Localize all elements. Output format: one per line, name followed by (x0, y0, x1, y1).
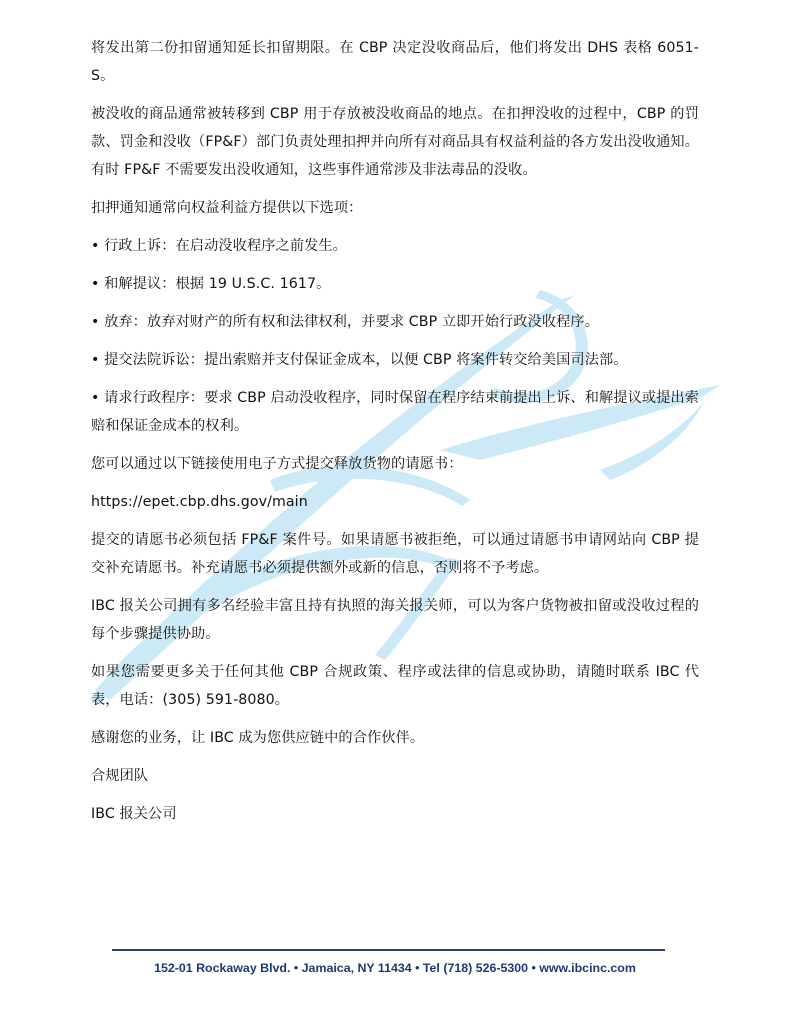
paragraph-detention-notice: 将发出第二份扣留通知延长扣留期限。在 CBP 决定没收商品后，他们将发出 DHS… (91, 34, 699, 90)
petition-link[interactable]: https://epet.cbp.dhs.gov/main (91, 488, 699, 516)
footer-divider (112, 949, 665, 951)
thank-you: 感谢您的业务，让 IBC 成为您供应链中的合作伙伴。 (91, 724, 699, 752)
contact-info: 如果您需要更多关于任何其他 CBP 合规政策、程序或法律的信息或协助，请随时联系… (91, 658, 699, 714)
petition-intro: 您可以通过以下链接使用电子方式提交释放货物的请愿书： (91, 450, 699, 478)
footer-address: 152-01 Rockaway Blvd. • Jamaica, NY 1143… (100, 961, 690, 975)
option-administrative-appeal: • 行政上诉：在启动没收程序之前发生。 (91, 232, 699, 260)
paragraph-seizure-process: 被没收的商品通常被转移到 CBP 用于存放被没收商品的地点。在扣押没收的过程中，… (91, 100, 699, 184)
petition-requirements: 提交的请愿书必须包括 FP&F 案件号。如果请愿书被拒绝，可以通过请愿书申请网站… (91, 526, 699, 582)
option-abandonment: • 放弃：放弃对财产的所有权和法律权利，并要求 CBP 立即开始行政没收程序。 (91, 308, 699, 336)
signature-company: IBC 报关公司 (91, 800, 699, 828)
signature-team: 合规团队 (91, 762, 699, 790)
option-offer-in-compromise: • 和解提议：根据 19 U.S.C. 1617。 (91, 270, 699, 298)
ibc-assistance: IBC 报关公司拥有多名经验丰富且持有执照的海关报关师，可以为客户货物被扣留或没… (91, 592, 699, 648)
document-body: 将发出第二份扣留通知延长扣留期限。在 CBP 决定没收商品后，他们将发出 DHS… (91, 34, 699, 838)
option-administrative-proceedings: • 请求行政程序：要求 CBP 启动没收程序，同时保留在程序结束前提出上诉、和解… (91, 384, 699, 440)
paragraph-options-intro: 扣押通知通常向权益利益方提供以下选项： (91, 194, 699, 222)
option-court-action: • 提交法院诉讼：提出索赔并支付保证金成本，以便 CBP 将案件转交给美国司法部… (91, 346, 699, 374)
